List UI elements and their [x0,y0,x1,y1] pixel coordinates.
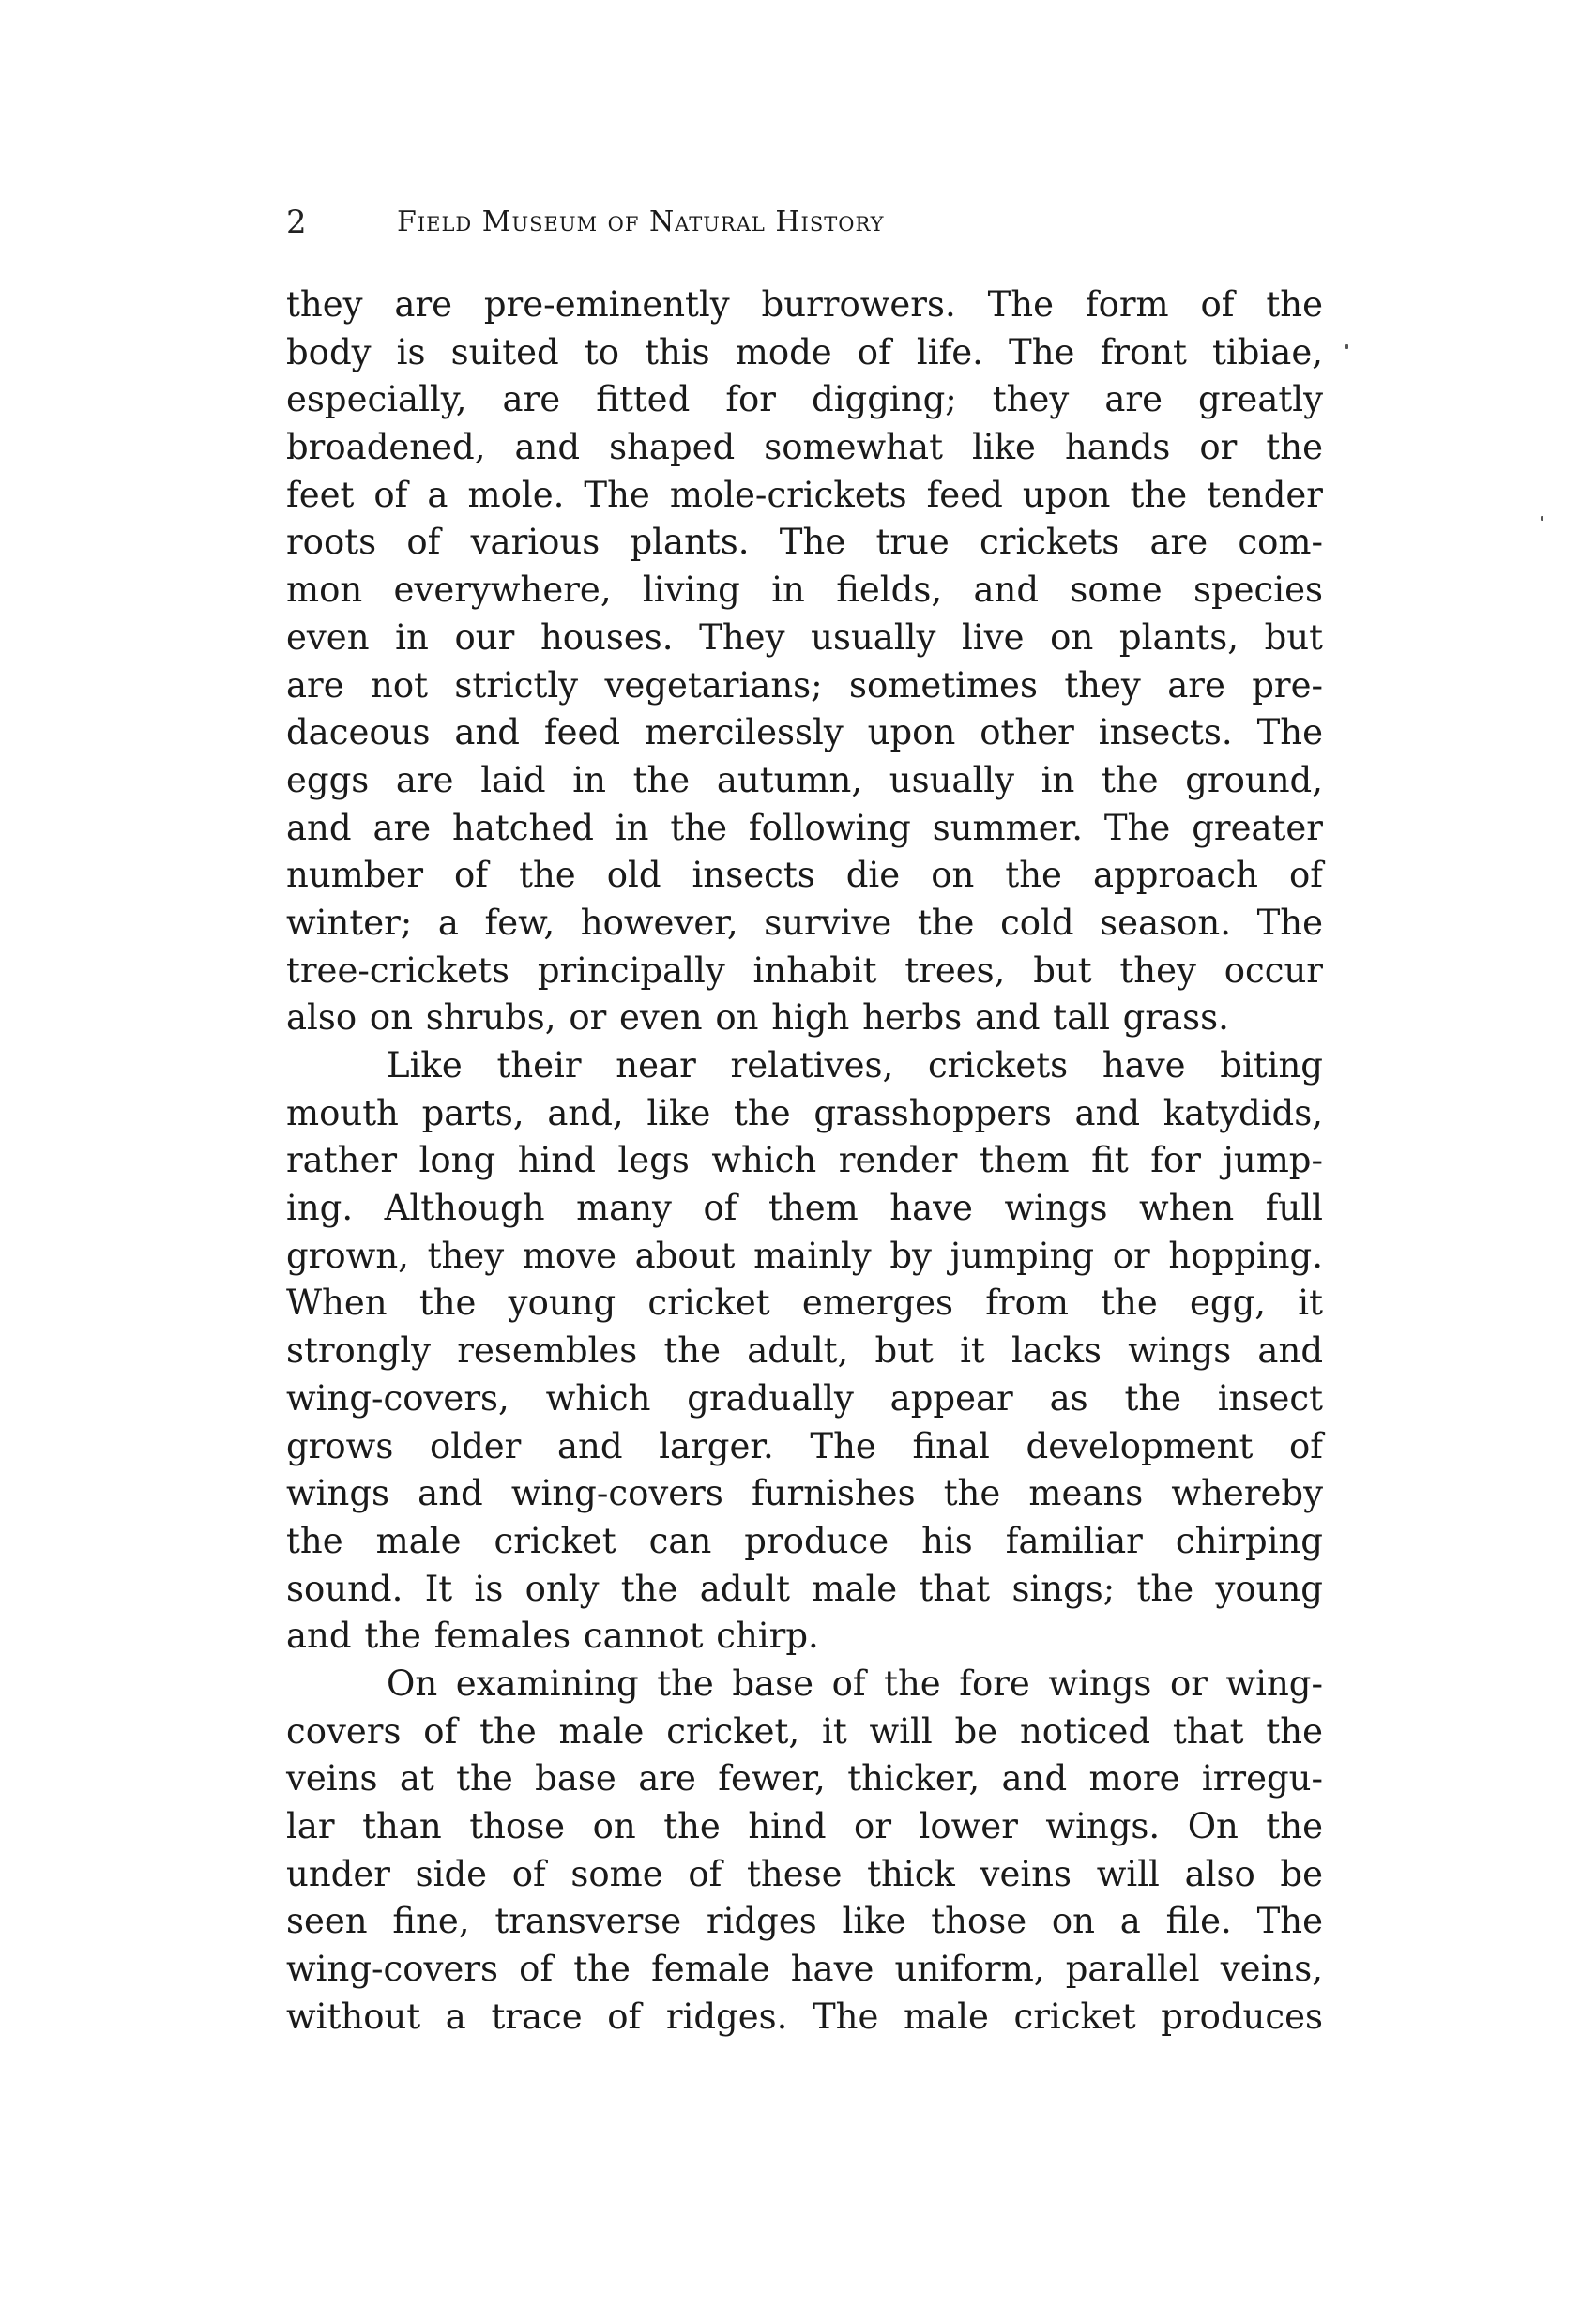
text-line: also on shrubs, or even on high herbs an… [286,994,1323,1042]
text-line: ing. Although many of them have wings wh… [286,1185,1323,1233]
text-line: rather long hind legs which render them … [286,1137,1323,1185]
text-line: sound. It is only the adult male that si… [286,1566,1323,1614]
text-line: wings and wing-covers furnishes the mean… [286,1470,1323,1518]
paragraph: On examining the base of the fore wings … [286,1661,1323,2042]
text-line: Like their near relatives, crickets have… [286,1042,1323,1090]
paragraph: Like their near relatives, crickets have… [286,1042,1323,1661]
text-line: feet of a mole. The mole-crickets feed u… [286,472,1323,520]
running-title: Field Museum of Natural History [397,199,884,246]
text-line: even in our houses. They usually live on… [286,615,1323,662]
body-text: they are pre-eminently burrowers. The fo… [286,281,1323,2041]
text-line: especially, are fitted for digging; they… [286,376,1323,424]
text-line: tree-crickets principally inhabit trees,… [286,948,1323,995]
text-line: under side of some of these thick veins … [286,1851,1323,1899]
paragraph: they are pre-eminently burrowers. The fo… [286,281,1323,1042]
text-line: mon everywhere, living in fields, and so… [286,567,1323,615]
text-line: number of the old insects die on the app… [286,852,1323,900]
text-line: covers of the male cricket, it will be n… [286,1708,1323,1756]
text-line: and are hatched in the following summer.… [286,805,1323,853]
text-line: wing-covers of the female have uniform, … [286,1946,1323,1994]
text-line: strongly resembles the adult, but it lac… [286,1328,1323,1375]
text-line: are not strictly vegetarians; sometimes … [286,662,1323,710]
text-line: grows older and larger. The final develo… [286,1423,1323,1471]
text-line: wing-covers, which gradually appear as t… [286,1375,1323,1423]
text-line: veins at the base are fewer, thicker, an… [286,1755,1323,1803]
scan-speck [1345,344,1348,349]
text-line: lar than those on the hind or lower wing… [286,1803,1323,1851]
text-line: broadened, and shaped somewhat like hand… [286,424,1323,472]
text-line: On examining the base of the fore wings … [286,1661,1323,1708]
text-line: When the young cricket emerges from the … [286,1280,1323,1328]
text-line: body is suited to this mode of life. The… [286,329,1323,377]
text-line: roots of various plants. The true cricke… [286,519,1323,567]
text-line: without a trace of ridges. The male cric… [286,1994,1323,2042]
text-line: grown, they move about mainly by jumping… [286,1233,1323,1281]
text-line: seen fine, transverse ridges like those … [286,1898,1323,1946]
scan-speck [1541,516,1543,521]
text-line: eggs are laid in the autumn, usually in … [286,757,1323,805]
text-line: daceous and feed mercilessly upon other … [286,709,1323,757]
document-page: 2 Field Museum of Natural History they a… [0,0,1596,2323]
page-header: 2 Field Museum of Natural History [286,199,1323,246]
text-line: the male cricket can produce his familia… [286,1518,1323,1566]
text-line: winter; a few, however, survive the cold… [286,900,1323,948]
text-line: and the females cannot chirp. [286,1613,1323,1661]
text-line: mouth parts, and, like the grasshoppers … [286,1090,1323,1138]
text-line: they are pre-eminently burrowers. The fo… [286,281,1323,329]
page-number: 2 [286,199,307,246]
